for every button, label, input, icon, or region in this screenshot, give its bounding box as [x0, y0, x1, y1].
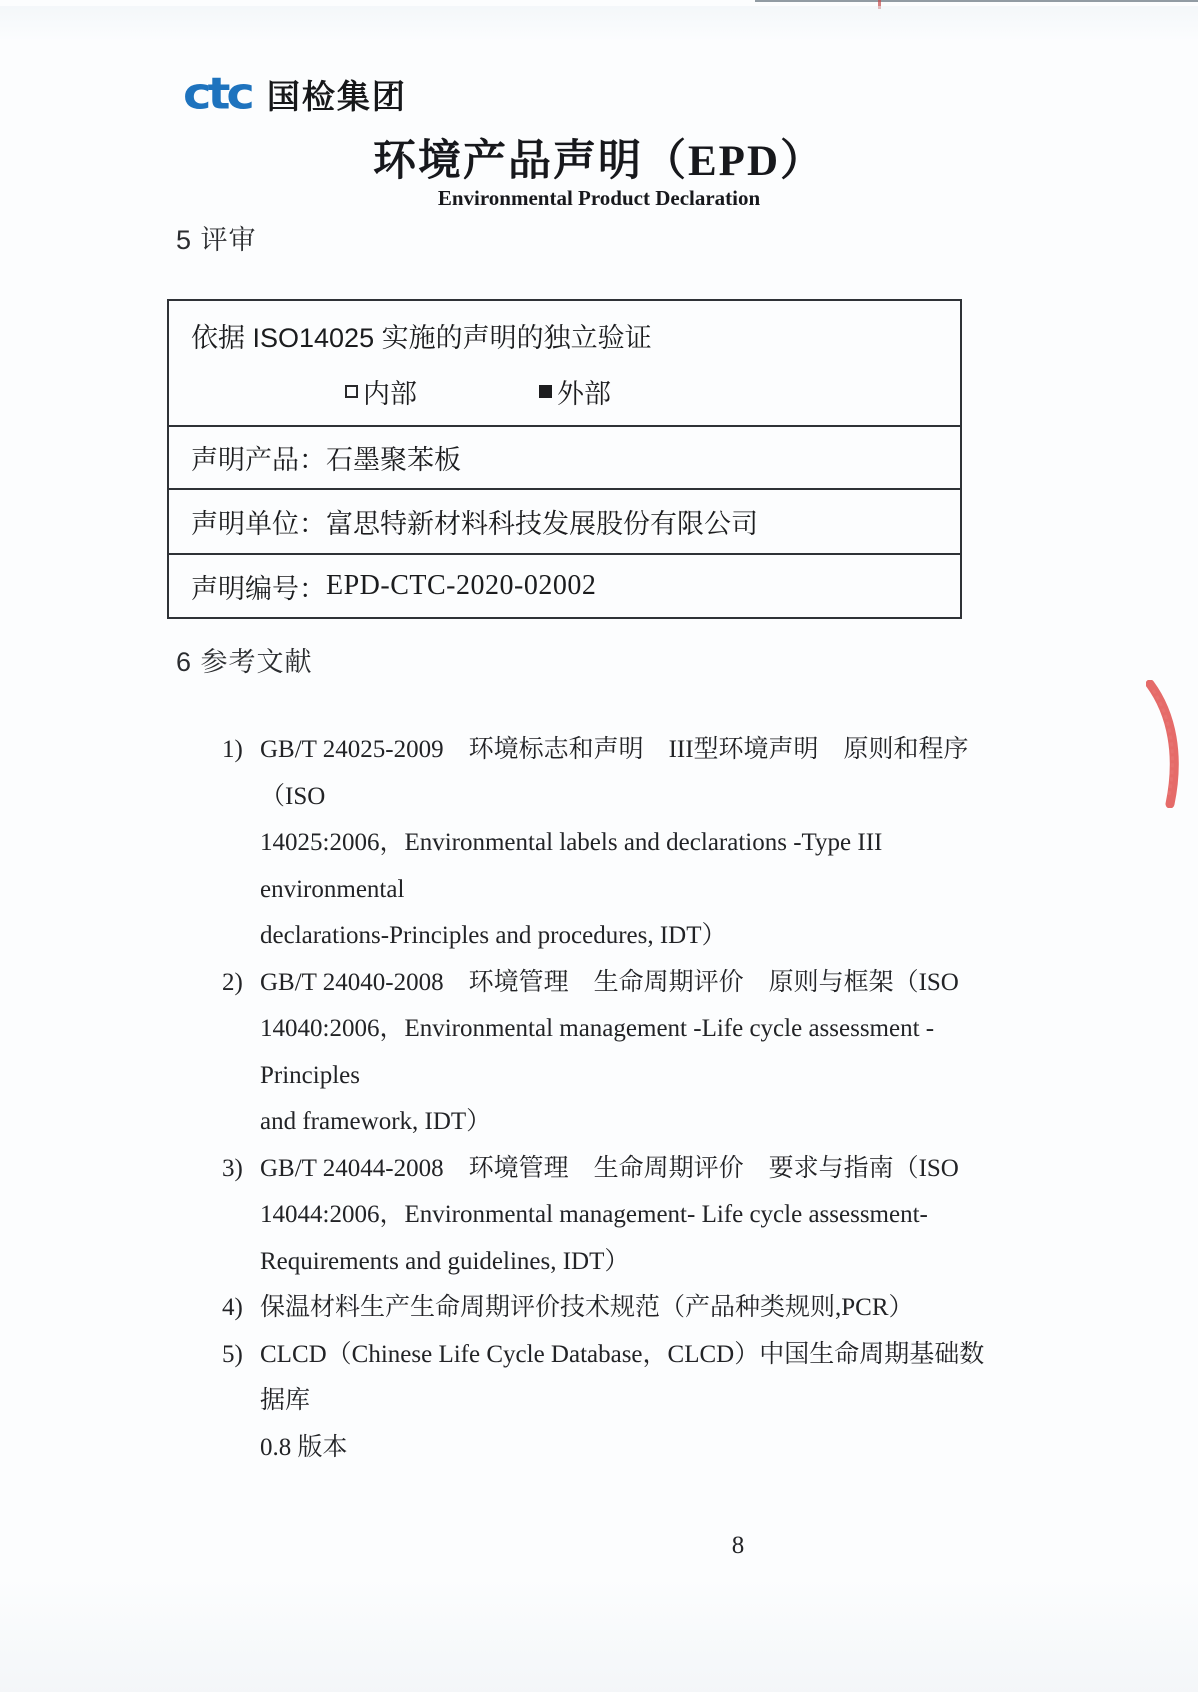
reference-number: 1) [222, 727, 243, 774]
row-number-value: EPD-CTC-2020-02002 [326, 570, 596, 602]
reference-line: and framework, IDT） [260, 1099, 990, 1146]
row-number-label: 声明编号： [191, 567, 326, 606]
option-external-label: 外部 [557, 372, 611, 411]
table-row-product: 声明产品： 石墨聚苯板 [169, 427, 960, 490]
section-5-heading: 5 评审 [176, 218, 257, 257]
reference-line: declarations-Principles and procedures, … [260, 913, 990, 960]
reference-line: 保温材料生产生命周期评价技术规范（产品种类规则,PCR） [260, 1285, 990, 1332]
option-external: 外部 [539, 372, 611, 411]
reference-line: 14044:2006，Environmental management- Lif… [260, 1192, 990, 1239]
option-internal-label: 内部 [363, 372, 417, 411]
row-company-label: 声明单位： [191, 502, 326, 541]
verification-options: 内部 外部 [169, 372, 960, 411]
reference-line: GB/T 24044-2008 环境管理 生命周期评价 要求与指南（ISO [260, 1146, 990, 1193]
reference-number: 5) [222, 1332, 243, 1379]
reference-line: GB/T 24040-2008 环境管理 生命周期评价 原则与框架（ISO [260, 960, 990, 1007]
ctc-logo: ctc 国检集团 [183, 70, 407, 118]
row-company-value: 富思特新材料科技发展股份有限公司 [326, 502, 758, 541]
row-product-value: 石墨聚苯板 [326, 438, 461, 477]
document-title-en: Environmental Product Declaration [0, 186, 1198, 211]
ctc-logo-company-name: 国检集团 [267, 71, 407, 118]
scan-edge-line [755, 0, 1198, 2]
document-page: ctc 国检集团 环境产品声明（EPD） Environmental Produ… [0, 0, 1198, 1692]
section-6-heading: 6 参考文献 [176, 640, 313, 679]
page-number: 8 [722, 1532, 754, 1560]
table-row-company: 声明单位： 富思特新材料科技发展股份有限公司 [169, 490, 960, 555]
red-stamp-edge [1146, 680, 1190, 808]
declaration-table: 依据 ISO14025 实施的声明的独立验证 内部 外部 声明产品： 石墨聚苯板… [167, 299, 962, 619]
table-row-declaration-number: 声明编号： EPD-CTC-2020-02002 [169, 555, 960, 617]
reference-item: 5) CLCD（Chinese Life Cycle Database，CLCD… [222, 1332, 990, 1472]
scan-tint-top [0, 6, 1198, 42]
reference-item: 2) GB/T 24040-2008 环境管理 生命周期评价 原则与框架（ISO… [222, 960, 990, 1146]
ctc-logo-mark: ctc [183, 72, 251, 115]
scan-tint-bottom [0, 1577, 1198, 1692]
reference-line: CLCD（Chinese Life Cycle Database，CLCD）中国… [260, 1332, 990, 1425]
reference-item: 1) GB/T 24025-2009 环境标志和声明 III型环境声明 原则和程… [222, 727, 990, 960]
reference-line: 0.8 版本 [260, 1425, 990, 1472]
document-title-zh: 环境产品声明（EPD） [0, 127, 1198, 188]
reference-line: 14025:2006，Environmental labels and decl… [260, 820, 990, 913]
reference-number: 3) [222, 1146, 243, 1193]
row-product-label: 声明产品： [191, 438, 326, 477]
reference-item: 3) GB/T 24044-2008 环境管理 生命周期评价 要求与指南（ISO… [222, 1146, 990, 1286]
reference-line: 14040:2006，Environmental management -Lif… [260, 1006, 990, 1099]
reference-list: 1) GB/T 24025-2009 环境标志和声明 III型环境声明 原则和程… [222, 727, 990, 1471]
reference-item: 4) 保温材料生产生命周期评价技术规范（产品种类规则,PCR） [222, 1285, 990, 1332]
reference-number: 4) [222, 1285, 243, 1332]
option-internal: 内部 [345, 372, 417, 411]
checkbox-external-checked-icon [539, 385, 552, 398]
verification-row: 依据 ISO14025 实施的声明的独立验证 内部 外部 [169, 301, 960, 427]
reference-line: GB/T 24025-2009 环境标志和声明 III型环境声明 原则和程序（I… [260, 727, 990, 820]
reference-line: Requirements and guidelines, IDT） [260, 1239, 990, 1286]
independence-statement: 依据 ISO14025 实施的声明的独立验证 [169, 301, 960, 355]
checkbox-internal-unchecked-icon [345, 385, 358, 398]
reference-number: 2) [222, 960, 243, 1007]
